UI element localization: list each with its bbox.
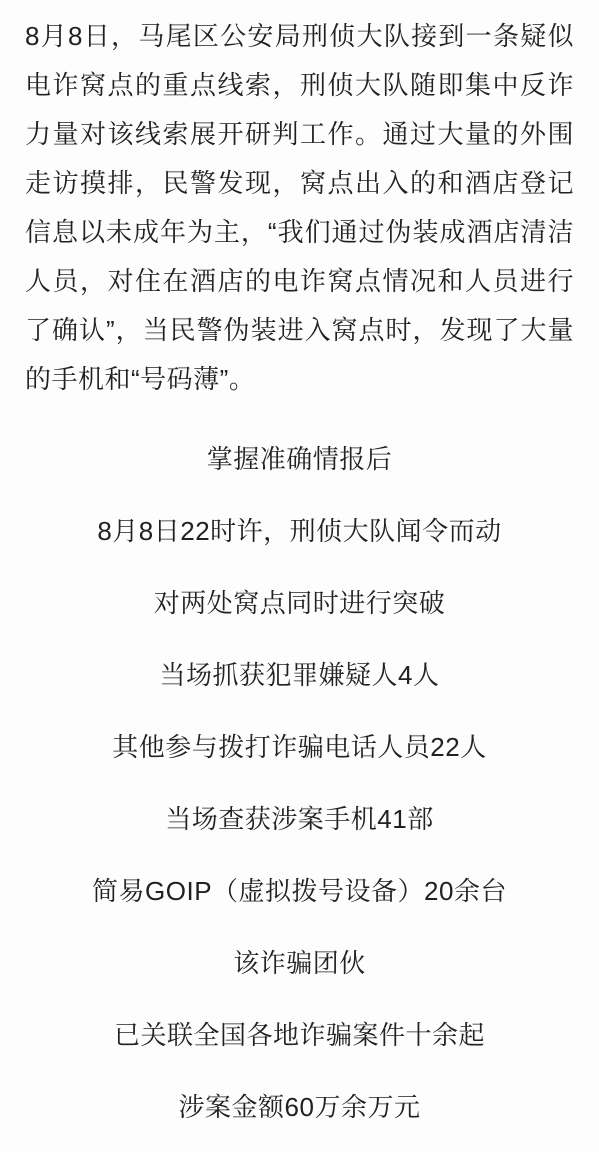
fact-line-raid: 对两处窝点同时进行突破 [25, 579, 574, 628]
fact-line-linked-cases: 已关联全国各地诈骗案件十余起 [25, 1011, 574, 1060]
fact-line-suspects: 当场抓获犯罪嫌疑人4人 [25, 651, 574, 700]
fact-line-amount: 涉案金额60万余万元 [25, 1083, 574, 1132]
fact-line-intel: 掌握准确情报后 [25, 435, 574, 484]
fact-line-gang: 该诈骗团伙 [25, 939, 574, 988]
article-body: 8月8日，马尾区公安局刑侦大队接到一条疑似电诈窝点的重点线索，刑侦大队随即集中反… [0, 0, 599, 1132]
fact-line-goip: 简易GOIP（虚拟拨号设备）20余台 [25, 867, 574, 916]
fact-line-time: 8月8日22时许，刑侦大队闻令而动 [25, 507, 574, 556]
article-paragraph: 8月8日，马尾区公安局刑侦大队接到一条疑似电诈窝点的重点线索，刑侦大队随即集中反… [25, 12, 574, 404]
fact-line-phones: 当场查获涉案手机41部 [25, 795, 574, 844]
fact-lines-block: 掌握准确情报后 8月8日22时许，刑侦大队闻令而动 对两处窝点同时进行突破 当场… [25, 435, 574, 1132]
fact-line-callers: 其他参与拨打诈骗电话人员22人 [25, 723, 574, 772]
